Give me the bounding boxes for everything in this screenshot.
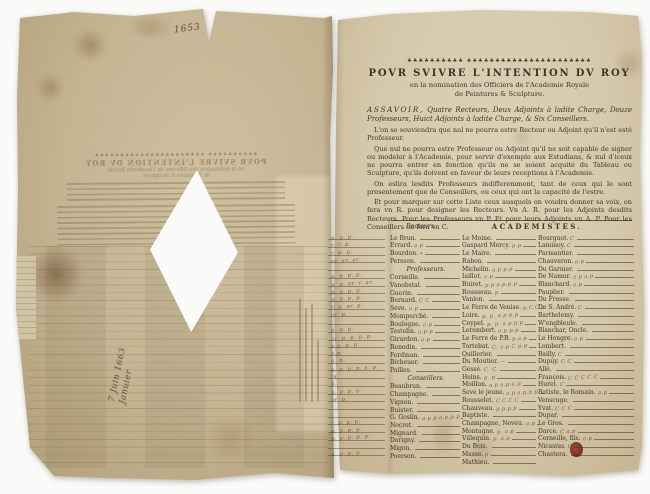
- margin-vote-row: [328, 404, 390, 412]
- margin-vote-line: [328, 255, 385, 256]
- vote-mark: C: [558, 351, 563, 357]
- paragraph-3: On eslira lesdits Professeurs indifferem…: [367, 180, 632, 196]
- leader-line: [493, 416, 536, 417]
- academist-row: Rousselet.C.C.C.C: [462, 396, 538, 404]
- leader-line: [508, 362, 536, 363]
- academist-row: Pailles.: [390, 366, 462, 374]
- leader-line: [574, 362, 634, 363]
- academist-name: Le Hongre.: [538, 335, 572, 342]
- academist-row: Champagne, Neveu.a.p: [462, 419, 538, 427]
- academist-row: Poerson.: [390, 452, 462, 460]
- margin-vote-line: [328, 270, 385, 271]
- margin-vote-row: ar. p.: [328, 396, 390, 404]
- academist-row: Du Fresse.: [538, 296, 636, 304]
- margin-vote-mark: ar. ar. ar.: [331, 257, 361, 265]
- academist-name: Coypel.: [462, 320, 485, 327]
- leader-line: [432, 317, 460, 318]
- leader-line: [434, 325, 460, 326]
- academist-name: Mignard.: [390, 430, 418, 437]
- leader-line: [426, 286, 460, 287]
- academist-name: François.: [538, 374, 566, 381]
- academist-name: Bourgnot.: [538, 235, 568, 242]
- academist-name: Dupar.: [538, 412, 558, 419]
- academistes-header: ACADEMISTES.: [438, 222, 636, 231]
- left-page: ♣♣♣♣♣♣♣♣♣♣ ♣♣♣♣♣♣♣♣♣♣♣♣♣♣♣♣♣♣♣♣♣♣ POVR S…: [14, 8, 334, 484]
- academist-row: Persson.: [390, 257, 462, 265]
- edge-annotation: [295, 282, 323, 402]
- academist-row: Mathieu.: [462, 458, 538, 466]
- leader-line: [585, 308, 634, 309]
- leader-line: [426, 387, 460, 388]
- academist-row: Chauveau.p.p.p.p: [462, 404, 538, 412]
- document-photo: ♣♣♣♣♣♣♣♣♣♣ ♣♣♣♣♣♣♣♣♣♣♣♣♣♣♣♣♣♣♣♣♣♣ POVR S…: [0, 0, 650, 494]
- leader-line: [523, 246, 536, 247]
- academist-row: Lombert.: [538, 342, 636, 350]
- academist-name: Gessé.: [462, 366, 482, 373]
- margin-vote-line: [328, 332, 385, 333]
- leader-line: [578, 316, 634, 317]
- academist-row: Baptiste.: [462, 412, 538, 420]
- leader-line: [422, 434, 460, 435]
- vote-mark: C C: [561, 359, 572, 366]
- margin-vote-line: [328, 247, 385, 248]
- leader-line: [595, 277, 634, 278]
- vote-mark: C a.p: [560, 428, 576, 435]
- leader-line: [521, 401, 536, 402]
- leader-line: [523, 385, 536, 386]
- leader-line: [562, 416, 634, 417]
- leader-line: [417, 294, 460, 295]
- academist-row: Du Bois.: [462, 442, 538, 450]
- academist-row: Le Brun.: [390, 234, 462, 242]
- academist-row: W'engbleule.: [538, 319, 636, 327]
- academist-name: De S. André.: [538, 304, 576, 311]
- academist-row: Beaubrun.: [390, 383, 462, 391]
- vote-mark: p: [495, 290, 499, 296]
- leader-line: [516, 432, 536, 433]
- academist-name: Mathieu.: [462, 459, 489, 466]
- vote-mark: a.p: [575, 259, 585, 265]
- academist-row: Dupuy.C C: [538, 358, 636, 366]
- ornament-row: ♣♣♣♣♣♣♣♣♣♣ ♣♣♣♣♣♣♣♣♣♣♣♣♣♣♣♣♣♣♣♣♣♣: [367, 58, 632, 64]
- academist-name: Vanobstal.: [390, 282, 422, 289]
- margin-vote-mark: r. p. p. p.: [331, 419, 361, 427]
- margin-vote-row: ar. p. p. p. p.: [328, 334, 390, 342]
- academist-row: Coypel.p. p. a.p.p.p: [462, 319, 538, 327]
- vote-mark: a.p: [421, 337, 431, 343]
- margin-vote-line: [328, 324, 385, 325]
- margin-vote-mark: r. r. p.: [331, 242, 352, 249]
- academist-name: Bailly.: [538, 351, 556, 358]
- margin-vote-mark: p. p. p.: [331, 327, 354, 335]
- academist-row: Girardon.a.p: [390, 335, 462, 343]
- margin-vote-line: [328, 401, 385, 402]
- paper-fragment: [16, 255, 36, 340]
- academist-name: Yvat.: [538, 405, 553, 412]
- academist-row: Huret.C: [538, 381, 636, 389]
- vote-mark: C C: [419, 298, 430, 305]
- academist-name: Nocret.: [390, 422, 413, 429]
- academist-name: Vanlon.: [462, 296, 485, 303]
- academist-name: Tortebat.: [462, 343, 490, 350]
- leader-line: [424, 278, 460, 279]
- leader-line: [582, 324, 634, 325]
- vote-mark: —: [500, 359, 506, 365]
- academist-row: Dupar.: [538, 412, 636, 420]
- leader-line: [417, 403, 460, 404]
- academist-name: Baptiste.: [462, 412, 489, 419]
- margin-vote-line: [328, 386, 385, 387]
- academist-name: Iaillot.: [462, 273, 482, 280]
- margin-vote-line: [328, 355, 385, 356]
- academist-name: Le Maire.: [462, 250, 491, 257]
- leader-line: [600, 378, 634, 379]
- leader-line: [521, 331, 536, 332]
- academist-name: Corneille.: [390, 274, 420, 281]
- academist-row: Venscuge.: [538, 396, 636, 404]
- academist-row: Corneille, fils.a.p: [538, 435, 636, 443]
- leader-line: [423, 363, 460, 364]
- list-header: Recteurs. ACADEMISTES.: [328, 221, 636, 234]
- academist-row: Yvat.C C C: [538, 404, 636, 412]
- academist-row: Du Garnier.: [538, 265, 636, 273]
- margin-vote-row: a.p. p. p.: [328, 342, 390, 350]
- academist-row: Guerin.: [390, 289, 462, 297]
- vote-mark: a.p: [408, 306, 418, 312]
- assavoir-lead: ASSAVOIR,: [367, 105, 424, 114]
- margin-vote-line: [328, 239, 385, 240]
- leader-line: [432, 395, 460, 396]
- academist-name: Heins.: [462, 374, 482, 381]
- leader-line: [565, 355, 634, 356]
- margin-vote-line: [328, 286, 385, 287]
- academist-name: Batiste, le Romain.: [538, 389, 596, 396]
- paragraph-2: Que nul ne pourra estre Professeur ou Ad…: [367, 145, 632, 177]
- leader-line: [493, 463, 536, 464]
- academist-name: Le Brun.: [390, 235, 416, 242]
- academist-row: Seve le jeune.a.p a.p.p.p: [462, 388, 538, 396]
- leader-line: [416, 371, 460, 372]
- leader-line: [425, 254, 460, 255]
- academist-row: Le Moine.: [462, 234, 538, 242]
- leader-line: [420, 457, 460, 458]
- academist-row: Corneille.: [390, 274, 462, 282]
- academist-row: Ferdinan.: [390, 351, 462, 359]
- academist-name: Pauplier.: [538, 289, 565, 296]
- academist-name: Chauveau.: [462, 405, 494, 412]
- academist-row: Quillerier.: [462, 350, 538, 358]
- vote-mark: C: [570, 236, 575, 242]
- margin-vote-line: [328, 394, 385, 395]
- academist-name: Ferdinan.: [390, 352, 419, 359]
- margin-vote-line: [328, 417, 385, 418]
- academist-name: Loire.: [462, 312, 480, 319]
- academist-name: Gaspard Mercy.: [462, 242, 510, 249]
- academist-row: Migon.: [390, 444, 462, 452]
- vote-mark: C: [567, 243, 572, 249]
- academist-name: Bourdon.: [390, 250, 418, 257]
- vote-mark: a.p: [582, 436, 592, 442]
- academist-row: Boulogne.a.p: [390, 320, 462, 328]
- leader-line: [570, 347, 634, 348]
- academist-row: G. Goslin.a.p.p a.p.p.p: [390, 414, 462, 422]
- margin-vote-mark: a.p. p. p.: [331, 342, 360, 350]
- margin-vote-line: [328, 301, 385, 302]
- academist-name: Rabon.: [462, 258, 483, 265]
- leader-line: [566, 385, 634, 386]
- academist-name: Vignon.: [390, 399, 413, 406]
- academist-row: Moillon.a.p a.p a.p: [462, 381, 538, 389]
- margin-vote-mark: ar. p.: [331, 396, 348, 403]
- academist-name: Buister.: [390, 407, 413, 414]
- academist-row: François.C C C C C: [538, 373, 636, 381]
- academist-name: Le Ferre de P.B.: [462, 335, 510, 342]
- leader-line: [500, 370, 536, 371]
- academist-name: Bernard.: [390, 297, 417, 304]
- leader-line: [417, 426, 460, 427]
- leader-line: [495, 277, 536, 278]
- vote-mark: C C C C C: [568, 374, 598, 382]
- stain: [70, 30, 110, 60]
- academists-list: Recteurs. ACADEMISTES. p. p. p.r. r. p.r…: [328, 220, 636, 476]
- leader-line: [574, 447, 634, 448]
- academist-row: Gessé.C. C.: [462, 365, 538, 373]
- academist-name: Dorigny.: [390, 437, 415, 444]
- academist-name: Du Bois.: [462, 443, 488, 450]
- academist-row: Montagne.p. a.p: [462, 427, 538, 435]
- leader-line: [423, 356, 460, 357]
- handwriting-stroke: [299, 298, 301, 402]
- academist-name: Darce.: [538, 428, 558, 435]
- margin-vote-row: a. p. p. p. a. p.: [328, 365, 390, 373]
- leader-line: [578, 432, 634, 433]
- academist-row: Vanlon.: [462, 296, 538, 304]
- academist-row: Bernard.C C: [390, 297, 462, 305]
- vote-mark: a.p: [526, 421, 536, 427]
- leader-line: [519, 285, 536, 286]
- academist-row: Bourdon.•: [390, 249, 462, 257]
- academist-row: Chastera.: [538, 450, 636, 458]
- academist-name: Testelin.: [390, 328, 416, 335]
- academist-name: Renodin.: [390, 344, 417, 351]
- academist-name: Du Moutier.: [462, 358, 498, 365]
- academist-name: Seve le jeune.: [462, 389, 504, 396]
- leader-line: [574, 409, 634, 410]
- leader-line: [592, 331, 634, 332]
- leader-line: [525, 324, 536, 325]
- academist-name: Dupuy.: [538, 358, 559, 365]
- academist-name: Pailles.: [390, 367, 412, 374]
- academist-name: Nicasius.: [538, 443, 566, 450]
- academist-name: Seve.: [390, 305, 407, 312]
- leader-line: [492, 447, 536, 448]
- margin-vote-line: [328, 293, 385, 294]
- handwriting-stroke: [317, 340, 319, 402]
- leader-line: [432, 301, 460, 302]
- academist-name: Corneille, fils.: [538, 435, 581, 442]
- margin-vote-row: r. p. p. p.: [328, 419, 390, 427]
- academist-row: Vignon.: [390, 398, 462, 406]
- margin-vote-line: [328, 409, 385, 410]
- leader-line: [433, 340, 460, 341]
- academist-name: Girardon.: [390, 336, 419, 343]
- showthrough-paragraph-block: [67, 181, 285, 201]
- vote-mark: C C C: [555, 405, 573, 412]
- academist-row: Buister.: [390, 406, 462, 414]
- leader-line: [520, 316, 536, 317]
- margin-vote-line: [328, 347, 385, 348]
- leader-line: [420, 239, 460, 240]
- academist-row: Momperché.: [390, 312, 462, 320]
- leader-line: [568, 424, 634, 425]
- academist-name: Rousselet.: [462, 397, 494, 404]
- academist-name: Lerembert.: [462, 327, 496, 334]
- leader-line: [487, 262, 536, 263]
- academist-name: Champagne, Neveu.: [462, 420, 524, 427]
- academist-row: Renodin.: [390, 343, 462, 351]
- margin-vote-row: ar. p.: [328, 311, 390, 319]
- academist-row: Vanobstal.: [390, 281, 462, 289]
- academist-row: Heins.p. p: [462, 373, 538, 381]
- academist-name: Boulogne.: [390, 321, 421, 328]
- margin-vote-row: [328, 442, 390, 450]
- academist-row: Masse.p: [462, 450, 538, 458]
- academist-name: Venscuge.: [538, 397, 569, 404]
- leader-line: [574, 246, 634, 247]
- academist-row: Seve.a.p: [390, 304, 462, 312]
- academist-row: Blanchar, Oncle.: [538, 327, 636, 335]
- academist-name: Le Ferre de Venise.: [462, 304, 521, 311]
- leader-line: [501, 293, 536, 294]
- academist-row: Blanchard.a.p: [538, 280, 636, 288]
- margin-vote-mark: a. p. p. p.: [331, 272, 363, 280]
- academist-row: Pauplier.: [538, 288, 636, 296]
- vote-mark: p.p.p.p: [496, 405, 517, 412]
- vote-mark: a.p: [597, 390, 607, 396]
- academist-row: Michelin.a.p p.p: [462, 265, 538, 273]
- margin-vote-row: ar. ar. ar.: [328, 257, 390, 265]
- margin-vote-line: [328, 262, 385, 263]
- margin-vote-row: r. p. ar. p.: [328, 303, 390, 311]
- stain: [120, 18, 180, 36]
- margin-vote-line: [328, 448, 385, 449]
- academist-name: Michelin.: [462, 266, 490, 273]
- margin-vote-line: [328, 440, 385, 441]
- leader-line: [497, 355, 536, 356]
- academist-name: Montagne.: [462, 428, 495, 435]
- handwriting-stroke: [305, 308, 307, 402]
- academist-name: Quillerier.: [462, 351, 493, 358]
- vote-mark: a.p: [483, 274, 493, 280]
- leader-line: [417, 411, 460, 412]
- academist-row: Chauveron.a.p: [538, 257, 636, 265]
- academist-row: Le Gros.: [538, 419, 636, 427]
- margin-vote-row: r. r. p.: [328, 242, 390, 250]
- leader-line: [420, 262, 460, 263]
- academist-row: Bicheuer.: [390, 359, 462, 367]
- academist-row: Champagne.: [390, 390, 462, 398]
- margin-vote-row: p. p. p. p. p.: [328, 435, 390, 443]
- leader-line: [415, 449, 460, 450]
- leader-line: [609, 393, 634, 394]
- leader-line: [421, 348, 460, 349]
- academist-row: Bourgnot.C: [538, 234, 636, 242]
- leader-line: [571, 455, 634, 456]
- showthrough-title-line3: de Peintures & Sculpture.: [52, 172, 300, 180]
- academist-name: Beaubrun.: [390, 383, 422, 390]
- list-subheading: Professeurs.: [390, 265, 462, 274]
- vote-mark: p: [485, 452, 489, 458]
- academist-name: Parmantier.: [538, 250, 573, 257]
- printed-text-block: ♣♣♣♣♣♣♣♣♣♣ ♣♣♣♣♣♣♣♣♣♣♣♣♣♣♣♣♣♣♣♣♣♣ POVR S…: [367, 58, 632, 231]
- col1-heading-recteurs: Recteurs.: [406, 223, 436, 230]
- margin-vote-line: [328, 378, 385, 379]
- margin-vote-row: p. p. p. a.: [328, 388, 390, 396]
- vote-mark: C.C.C.C: [495, 397, 518, 404]
- margin-vote-mark: p. p. p. p.: [331, 450, 363, 458]
- academist-row: Errard.a.p: [390, 242, 462, 250]
- leader-line: [426, 246, 460, 247]
- academist-name: Guerin.: [390, 290, 413, 297]
- margin-vote-line: [328, 316, 385, 317]
- leader-line: [519, 409, 536, 410]
- academist-row: Du Moutier.—: [462, 358, 538, 366]
- academist-row: Tortebat.C. a.p C p.p: [462, 342, 538, 350]
- academist-row: De S. André.C: [538, 303, 636, 311]
- vote-mark: a.p.p: [418, 329, 433, 336]
- academist-row: Nocret.: [390, 421, 462, 429]
- leader-line: [491, 455, 536, 456]
- vote-mark: a.p: [414, 243, 424, 249]
- academist-row: Gaspard Mercy.p.p: [462, 242, 538, 250]
- academist-row: Bailly.C: [538, 350, 636, 358]
- folio-number: 1653: [173, 22, 201, 35]
- margin-vote-mark: p. p. p. a.: [331, 388, 363, 396]
- vote-mark: C: [560, 382, 565, 388]
- leader-line: [586, 262, 634, 263]
- academist-row: Le Ferre de Venise.p.C.C: [462, 303, 538, 311]
- margin-vote-row: lu: [328, 373, 390, 381]
- academist-name: Persson.: [390, 258, 416, 265]
- left-page-wrap: ♣♣♣♣♣♣♣♣♣♣ ♣♣♣♣♣♣♣♣♣♣♣♣♣♣♣♣♣♣♣♣♣♣ POVR S…: [14, 8, 334, 484]
- vote-mark: p. a.p: [497, 428, 514, 435]
- list-column-1: Le Brun.Errard.a.pBourdon.•Persson.Profe…: [390, 234, 462, 466]
- academist-row: Le Maire.: [462, 249, 538, 257]
- margin-votes-column: p. p. p.r. r. p.r. p. p.ar. ar. ar.a. p.…: [328, 234, 390, 466]
- academist-row: Rousseau.p: [462, 288, 538, 296]
- academist-name: De Namur.: [538, 273, 571, 280]
- academist-row: Testelin.a.p.p: [390, 328, 462, 336]
- margin-vote-row: a. p. p. p.: [328, 273, 390, 281]
- academist-row: Mignard.: [390, 429, 462, 437]
- document-subtitle-1: en la nomination des Officiers de l'Acad…: [367, 81, 632, 89]
- academist-name: Laminoy.: [538, 242, 565, 249]
- vote-mark: a.p: [574, 336, 584, 342]
- academist-name: Villequin.: [462, 435, 491, 442]
- vote-mark: C: [578, 305, 583, 311]
- stain: [35, 75, 65, 101]
- margin-vote-row: p. p. p.: [328, 327, 390, 335]
- vote-mark: a.p p.p: [492, 266, 513, 273]
- margin-vote-row: p. p. p.: [328, 234, 390, 242]
- academist-name: Momperché.: [390, 313, 428, 320]
- academist-name: Huret.: [538, 381, 558, 388]
- academist-name: Blanchard.: [538, 281, 571, 288]
- academist-name: Masse.: [462, 451, 483, 458]
- leader-line: [586, 339, 634, 340]
- academist-name: Blanchar, Oncle.: [538, 327, 588, 334]
- academist-row: Rabon.: [462, 257, 538, 265]
